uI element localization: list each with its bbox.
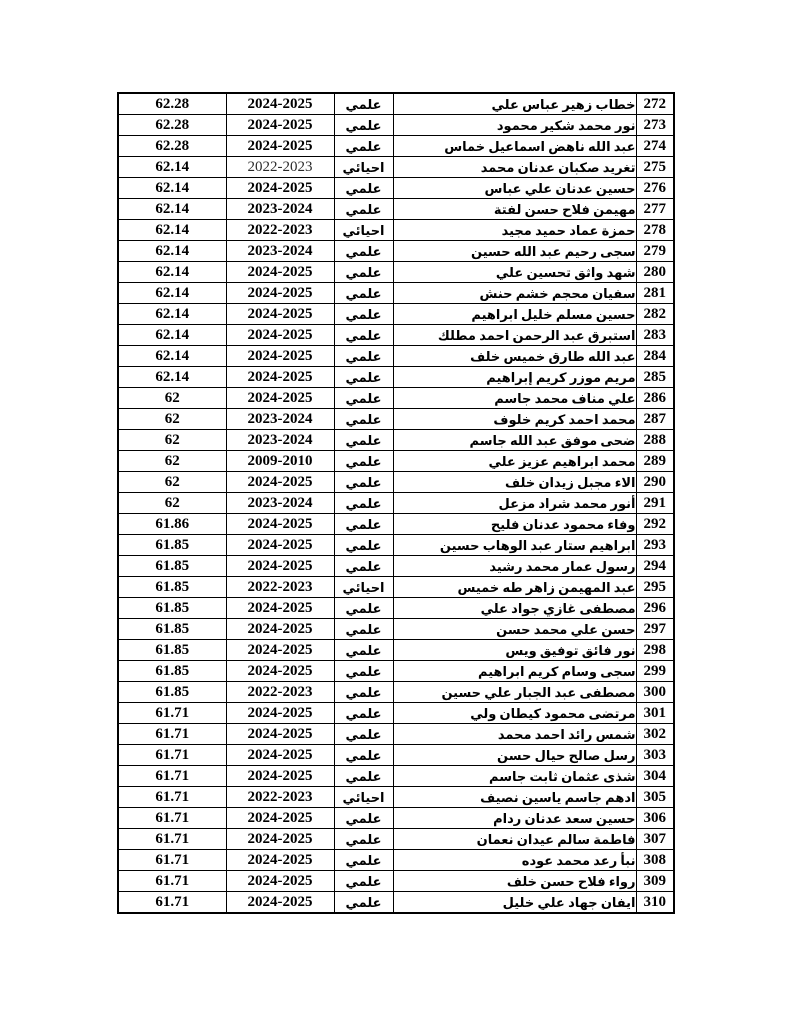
cell-name: مصطفى غازي جواد علي <box>393 598 636 619</box>
cell-average: 62 <box>118 472 226 493</box>
cell-branch: علمي <box>334 199 393 220</box>
cell-branch: علمي <box>334 325 393 346</box>
cell-average: 62.14 <box>118 262 226 283</box>
table-row: 276حسين عدنان علي عباسعلمي2024-202562.14 <box>118 178 674 199</box>
cell-name: نبأ رعد محمد عوده <box>393 850 636 871</box>
cell-year: 2022-2023 <box>226 577 334 598</box>
cell-branch: احيائي <box>334 577 393 598</box>
cell-name: تغريد صكبان عدنان محمد <box>393 157 636 178</box>
cell-serial: 285 <box>636 367 674 388</box>
cell-average: 61.71 <box>118 787 226 808</box>
cell-branch: علمي <box>334 829 393 850</box>
cell-branch: علمي <box>334 93 393 115</box>
cell-branch: احيائي <box>334 220 393 241</box>
cell-average: 61.85 <box>118 640 226 661</box>
cell-name: نور محمد شكير محمود <box>393 115 636 136</box>
cell-name: حمزة عماد حميد مجيد <box>393 220 636 241</box>
table-row: 290الاء مجبل زيدان خلفعلمي2024-202562 <box>118 472 674 493</box>
cell-average: 61.85 <box>118 535 226 556</box>
cell-name: عبد الله طارق خميس خلف <box>393 346 636 367</box>
cell-year: 2024-2025 <box>226 93 334 115</box>
cell-name: حسين مسلم خليل ابراهيم <box>393 304 636 325</box>
cell-year: 2023-2024 <box>226 493 334 514</box>
cell-year: 2024-2025 <box>226 472 334 493</box>
cell-name: مهيمن فلاح حسن لفتة <box>393 199 636 220</box>
cell-year: 2024-2025 <box>226 556 334 577</box>
cell-serial: 301 <box>636 703 674 724</box>
cell-serial: 308 <box>636 850 674 871</box>
cell-average: 62 <box>118 451 226 472</box>
cell-average: 61.71 <box>118 850 226 871</box>
cell-average: 62.14 <box>118 367 226 388</box>
table-row: 273نور محمد شكير محمودعلمي2024-202562.28 <box>118 115 674 136</box>
cell-average: 61.71 <box>118 871 226 892</box>
cell-average: 62.28 <box>118 93 226 115</box>
table-row: 302شمس رائد احمد محمدعلمي2024-202561.71 <box>118 724 674 745</box>
cell-serial: 272 <box>636 93 674 115</box>
cell-name: مريم موزر كريم إبراهيم <box>393 367 636 388</box>
table-row: 285مريم موزر كريم إبراهيمعلمي2024-202562… <box>118 367 674 388</box>
cell-serial: 289 <box>636 451 674 472</box>
cell-name: رسول عمار محمد رشيد <box>393 556 636 577</box>
cell-branch: علمي <box>334 409 393 430</box>
cell-year: 2024-2025 <box>226 598 334 619</box>
table-row: 282حسين مسلم خليل ابراهيمعلمي2024-202562… <box>118 304 674 325</box>
cell-name: عبد الله ناهض اسماعيل خماس <box>393 136 636 157</box>
table-row: 309رواء فلاح حسن خلفعلمي2024-202561.71 <box>118 871 674 892</box>
cell-branch: علمي <box>334 871 393 892</box>
cell-branch: علمي <box>334 430 393 451</box>
cell-year: 2024-2025 <box>226 640 334 661</box>
cell-name: رواء فلاح حسن خلف <box>393 871 636 892</box>
cell-serial: 306 <box>636 808 674 829</box>
table-row: 280شهد واثق تحسين عليعلمي2024-202562.14 <box>118 262 674 283</box>
cell-year: 2024-2025 <box>226 304 334 325</box>
cell-year: 2022-2023 <box>226 787 334 808</box>
cell-serial: 303 <box>636 745 674 766</box>
cell-serial: 279 <box>636 241 674 262</box>
cell-average: 62.14 <box>118 157 226 178</box>
cell-name: حسن علي محمد حسن <box>393 619 636 640</box>
cell-year: 2024-2025 <box>226 619 334 640</box>
cell-year: 2024-2025 <box>226 178 334 199</box>
table-row: 308نبأ رعد محمد عودهعلمي2024-202561.71 <box>118 850 674 871</box>
cell-branch: علمي <box>334 598 393 619</box>
cell-serial: 300 <box>636 682 674 703</box>
table-row: 297حسن علي محمد حسنعلمي2024-202561.85 <box>118 619 674 640</box>
cell-name: محمد احمد كريم خلوف <box>393 409 636 430</box>
cell-name: مصطفى عبد الجبار علي حسين <box>393 682 636 703</box>
cell-year: 2022-2023 <box>226 157 334 178</box>
cell-serial: 297 <box>636 619 674 640</box>
cell-year: 2022-2023 <box>226 220 334 241</box>
cell-name: ادهم جاسم ياسين نصيف <box>393 787 636 808</box>
cell-branch: علمي <box>334 472 393 493</box>
cell-name: وفاء محمود عدنان فليح <box>393 514 636 535</box>
cell-name: خطاب زهير عباس علي <box>393 93 636 115</box>
cell-average: 61.71 <box>118 892 226 914</box>
cell-name: ابراهيم ستار عبد الوهاب حسين <box>393 535 636 556</box>
table-row: 301مرتضى محمود كيطان وليعلمي2024-202561.… <box>118 703 674 724</box>
cell-name: نور فائق توفيق ويس <box>393 640 636 661</box>
table-row: 289محمد ابراهيم عزيز عليعلمي2009-201062 <box>118 451 674 472</box>
table-row: 279سجى رحيم عبد الله حسينعلمي2023-202462… <box>118 241 674 262</box>
cell-serial: 294 <box>636 556 674 577</box>
cell-branch: علمي <box>334 745 393 766</box>
cell-year: 2009-2010 <box>226 451 334 472</box>
cell-name: أنور محمد شراد مزعل <box>393 493 636 514</box>
table-row: 274عبد الله ناهض اسماعيل خماسعلمي2024-20… <box>118 136 674 157</box>
cell-serial: 281 <box>636 283 674 304</box>
cell-branch: علمي <box>334 241 393 262</box>
cell-name: حسين عدنان علي عباس <box>393 178 636 199</box>
table-row: 286علي مناف محمد جاسمعلمي2024-202562 <box>118 388 674 409</box>
cell-average: 61.71 <box>118 745 226 766</box>
table-row: 310ايفان جهاد علي خليلعلمي2024-202561.71 <box>118 892 674 914</box>
cell-average: 61.85 <box>118 619 226 640</box>
cell-year: 2024-2025 <box>226 661 334 682</box>
cell-branch: احيائي <box>334 157 393 178</box>
cell-branch: علمي <box>334 682 393 703</box>
table-row: 303رسل صالح حيال حسنعلمي2024-202561.71 <box>118 745 674 766</box>
cell-year: 2024-2025 <box>226 283 334 304</box>
cell-branch: علمي <box>334 850 393 871</box>
cell-serial: 287 <box>636 409 674 430</box>
cell-average: 61.71 <box>118 724 226 745</box>
cell-serial: 302 <box>636 724 674 745</box>
cell-serial: 292 <box>636 514 674 535</box>
cell-serial: 291 <box>636 493 674 514</box>
cell-year: 2024-2025 <box>226 724 334 745</box>
cell-year: 2023-2024 <box>226 241 334 262</box>
cell-name: علي مناف محمد جاسم <box>393 388 636 409</box>
cell-branch: علمي <box>334 619 393 640</box>
cell-serial: 282 <box>636 304 674 325</box>
table-row: 288ضحى موفق عبد الله جاسمعلمي2023-202462 <box>118 430 674 451</box>
table-row: 283استبرق عبد الرحمن احمد مطلكعلمي2024-2… <box>118 325 674 346</box>
cell-name: حسين سعد عدنان ردام <box>393 808 636 829</box>
table-row: 295عبد المهيمن زاهر طه خميساحيائي2022-20… <box>118 577 674 598</box>
cell-serial: 293 <box>636 535 674 556</box>
cell-name: فاطمة سالم عيدان نعمان <box>393 829 636 850</box>
cell-average: 61.86 <box>118 514 226 535</box>
cell-average: 62.14 <box>118 241 226 262</box>
table-row: 307فاطمة سالم عيدان نعمانعلمي2024-202561… <box>118 829 674 850</box>
cell-average: 62.14 <box>118 178 226 199</box>
cell-year: 2024-2025 <box>226 262 334 283</box>
results-table: 272خطاب زهير عباس عليعلمي2024-202562.282… <box>117 92 675 914</box>
cell-average: 62.28 <box>118 115 226 136</box>
cell-branch: علمي <box>334 514 393 535</box>
cell-year: 2024-2025 <box>226 367 334 388</box>
cell-serial: 295 <box>636 577 674 598</box>
cell-average: 62 <box>118 409 226 430</box>
cell-year: 2023-2024 <box>226 199 334 220</box>
cell-average: 62.14 <box>118 325 226 346</box>
document-page: 272خطاب زهير عباس عليعلمي2024-202562.282… <box>0 0 791 1024</box>
cell-name: سجى وسام كريم ابراهيم <box>393 661 636 682</box>
table-row: 298نور فائق توفيق ويسعلمي2024-202561.85 <box>118 640 674 661</box>
cell-serial: 296 <box>636 598 674 619</box>
cell-serial: 275 <box>636 157 674 178</box>
cell-branch: علمي <box>334 493 393 514</box>
cell-serial: 310 <box>636 892 674 914</box>
cell-branch: احيائي <box>334 787 393 808</box>
cell-year: 2024-2025 <box>226 829 334 850</box>
cell-serial: 307 <box>636 829 674 850</box>
cell-average: 61.71 <box>118 829 226 850</box>
table-row: 304شذى عثمان ثابت جاسمعلمي2024-202561.71 <box>118 766 674 787</box>
cell-average: 62.14 <box>118 220 226 241</box>
cell-serial: 276 <box>636 178 674 199</box>
cell-name: مرتضى محمود كيطان ولي <box>393 703 636 724</box>
cell-year: 2024-2025 <box>226 745 334 766</box>
cell-branch: علمي <box>334 640 393 661</box>
cell-branch: علمي <box>334 661 393 682</box>
cell-serial: 304 <box>636 766 674 787</box>
table-row: 284عبد الله طارق خميس خلفعلمي2024-202562… <box>118 346 674 367</box>
cell-average: 62.14 <box>118 346 226 367</box>
cell-serial: 288 <box>636 430 674 451</box>
cell-branch: علمي <box>334 367 393 388</box>
table-row: 275تغريد صكبان عدنان محمداحيائي2022-2023… <box>118 157 674 178</box>
cell-serial: 286 <box>636 388 674 409</box>
cell-serial: 273 <box>636 115 674 136</box>
table-row: 278حمزة عماد حميد مجيداحيائي2022-202362.… <box>118 220 674 241</box>
table-row: 294رسول عمار محمد رشيدعلمي2024-202561.85 <box>118 556 674 577</box>
table-row: 277مهيمن فلاح حسن لفتةعلمي2023-202462.14 <box>118 199 674 220</box>
cell-average: 61.71 <box>118 766 226 787</box>
cell-year: 2024-2025 <box>226 535 334 556</box>
cell-name: شذى عثمان ثابت جاسم <box>393 766 636 787</box>
cell-average: 61.71 <box>118 808 226 829</box>
cell-year: 2024-2025 <box>226 850 334 871</box>
table-row: 306حسين سعد عدنان ردامعلمي2024-202561.71 <box>118 808 674 829</box>
table-row: 291أنور محمد شراد مزعلعلمي2023-202462 <box>118 493 674 514</box>
cell-branch: علمي <box>334 178 393 199</box>
cell-average: 62.14 <box>118 304 226 325</box>
cell-serial: 278 <box>636 220 674 241</box>
cell-year: 2023-2024 <box>226 409 334 430</box>
cell-year: 2022-2023 <box>226 682 334 703</box>
cell-branch: علمي <box>334 724 393 745</box>
cell-year: 2024-2025 <box>226 514 334 535</box>
cell-year: 2023-2024 <box>226 430 334 451</box>
cell-branch: علمي <box>334 346 393 367</box>
cell-year: 2024-2025 <box>226 136 334 157</box>
cell-average: 61.85 <box>118 682 226 703</box>
cell-year: 2024-2025 <box>226 703 334 724</box>
cell-branch: علمي <box>334 451 393 472</box>
cell-year: 2024-2025 <box>226 115 334 136</box>
cell-average: 61.71 <box>118 703 226 724</box>
cell-name: شهد واثق تحسين علي <box>393 262 636 283</box>
cell-branch: علمي <box>334 766 393 787</box>
cell-name: سجى رحيم عبد الله حسين <box>393 241 636 262</box>
cell-year: 2024-2025 <box>226 346 334 367</box>
cell-branch: علمي <box>334 703 393 724</box>
results-table-body: 272خطاب زهير عباس عليعلمي2024-202562.282… <box>118 93 674 913</box>
cell-serial: 280 <box>636 262 674 283</box>
table-row: 299سجى وسام كريم ابراهيمعلمي2024-202561.… <box>118 661 674 682</box>
table-row: 287محمد احمد كريم خلوفعلمي2023-202462 <box>118 409 674 430</box>
cell-year: 2024-2025 <box>226 766 334 787</box>
cell-name: استبرق عبد الرحمن احمد مطلك <box>393 325 636 346</box>
cell-year: 2024-2025 <box>226 388 334 409</box>
cell-year: 2024-2025 <box>226 325 334 346</box>
cell-name: ايفان جهاد علي خليل <box>393 892 636 914</box>
cell-average: 62 <box>118 493 226 514</box>
cell-serial: 309 <box>636 871 674 892</box>
cell-branch: علمي <box>334 388 393 409</box>
cell-serial: 283 <box>636 325 674 346</box>
cell-average: 61.85 <box>118 556 226 577</box>
cell-branch: علمي <box>334 262 393 283</box>
cell-average: 62 <box>118 430 226 451</box>
cell-name: رسل صالح حيال حسن <box>393 745 636 766</box>
cell-average: 62.28 <box>118 136 226 157</box>
table-row: 293ابراهيم ستار عبد الوهاب حسينعلمي2024-… <box>118 535 674 556</box>
table-row: 305ادهم جاسم ياسين نصيفاحيائي2022-202361… <box>118 787 674 808</box>
cell-serial: 290 <box>636 472 674 493</box>
cell-name: عبد المهيمن زاهر طه خميس <box>393 577 636 598</box>
cell-branch: علمي <box>334 115 393 136</box>
cell-year: 2024-2025 <box>226 871 334 892</box>
cell-branch: علمي <box>334 283 393 304</box>
cell-name: شمس رائد احمد محمد <box>393 724 636 745</box>
cell-serial: 277 <box>636 199 674 220</box>
cell-branch: علمي <box>334 892 393 914</box>
table-row: 300مصطفى عبد الجبار علي حسينعلمي2022-202… <box>118 682 674 703</box>
cell-average: 62.14 <box>118 199 226 220</box>
cell-branch: علمي <box>334 556 393 577</box>
cell-name: ضحى موفق عبد الله جاسم <box>393 430 636 451</box>
cell-serial: 274 <box>636 136 674 157</box>
cell-average: 61.85 <box>118 598 226 619</box>
table-row: 296مصطفى غازي جواد عليعلمي2024-202561.85 <box>118 598 674 619</box>
cell-year: 2024-2025 <box>226 892 334 914</box>
table-row: 281سفيان محجم خشم حنشعلمي2024-202562.14 <box>118 283 674 304</box>
cell-year: 2024-2025 <box>226 808 334 829</box>
cell-serial: 299 <box>636 661 674 682</box>
cell-branch: علمي <box>334 808 393 829</box>
cell-serial: 284 <box>636 346 674 367</box>
cell-average: 61.85 <box>118 577 226 598</box>
cell-branch: علمي <box>334 304 393 325</box>
cell-average: 61.85 <box>118 661 226 682</box>
cell-name: الاء مجبل زيدان خلف <box>393 472 636 493</box>
table-row: 292وفاء محمود عدنان فليحعلمي2024-202561.… <box>118 514 674 535</box>
cell-branch: علمي <box>334 136 393 157</box>
table-row: 272خطاب زهير عباس عليعلمي2024-202562.28 <box>118 93 674 115</box>
cell-serial: 298 <box>636 640 674 661</box>
cell-branch: علمي <box>334 535 393 556</box>
cell-average: 62.14 <box>118 283 226 304</box>
cell-average: 62 <box>118 388 226 409</box>
cell-name: سفيان محجم خشم حنش <box>393 283 636 304</box>
cell-name: محمد ابراهيم عزيز علي <box>393 451 636 472</box>
cell-serial: 305 <box>636 787 674 808</box>
